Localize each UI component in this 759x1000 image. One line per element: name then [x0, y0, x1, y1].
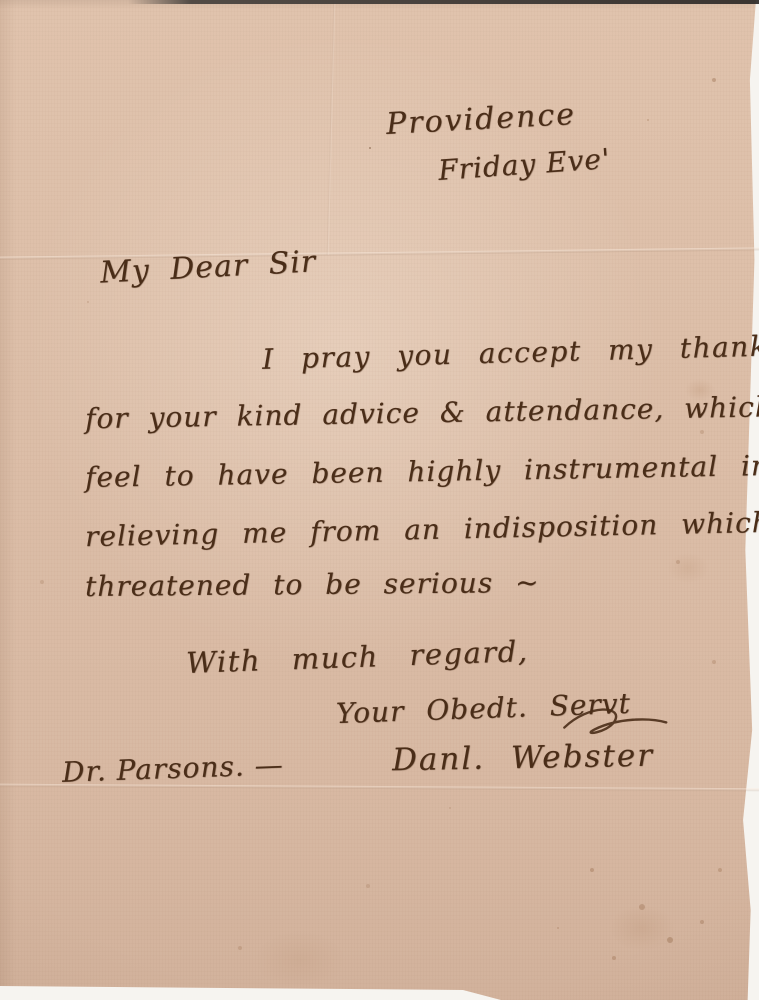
scan-background: Providence Friday Eve' My Dear Sir I pra…	[0, 0, 759, 1000]
letter-paper	[0, 0, 759, 1000]
body-line: threatened to be serious ~	[85, 566, 540, 603]
scan-edge-strip	[128, 0, 759, 4]
signature: Danl. Webster	[392, 738, 655, 779]
